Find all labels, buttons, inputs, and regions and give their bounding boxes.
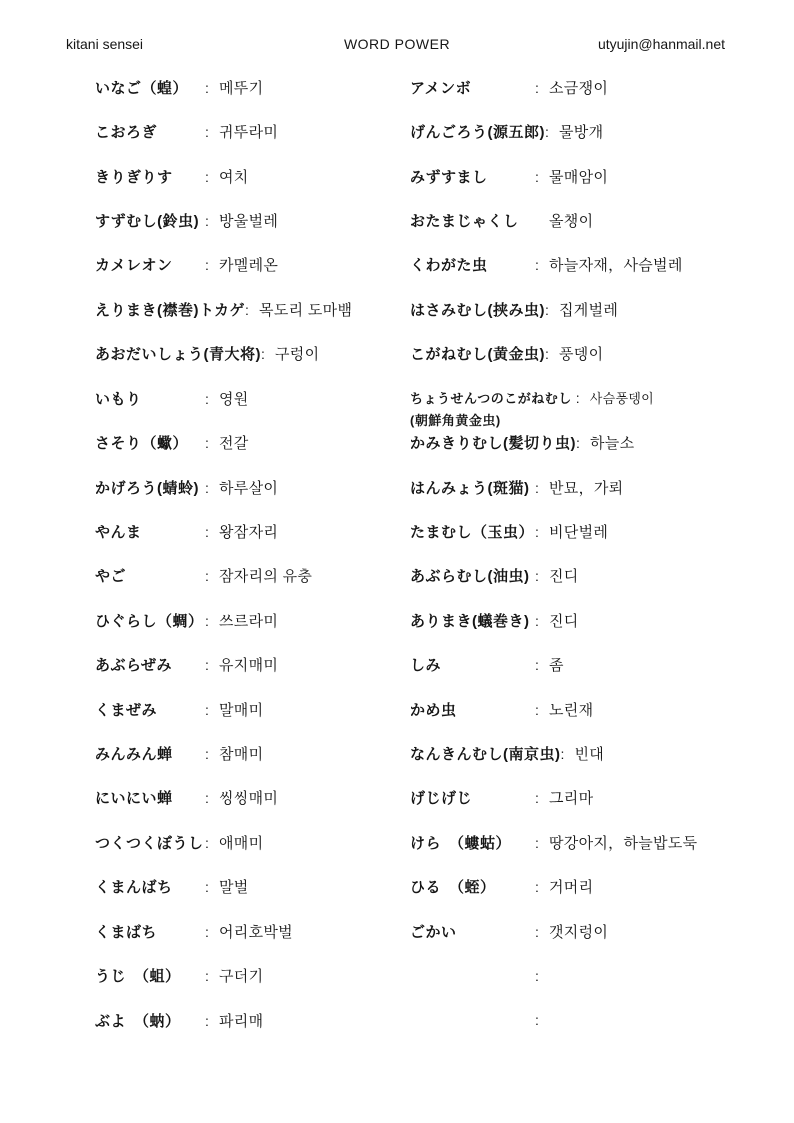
colon-separator: : xyxy=(535,169,549,185)
vocab-row-line: さそり（蠍）:전갈 xyxy=(95,432,405,453)
definition-korean: 집게벌레 xyxy=(559,299,618,320)
term-japanese: くまぜみ xyxy=(95,699,205,720)
vocab-row: ぶよ （蚋）:파리매 xyxy=(95,998,405,1042)
term-japanese: さそり（蠍） xyxy=(95,432,205,453)
colon-separator: : xyxy=(205,657,219,673)
vocab-row-line: おたまじゃくし올챙이 xyxy=(410,210,794,231)
term-japanese: すずむし(鈴虫) xyxy=(95,210,205,231)
vocab-row: さそり（蠍）:전갈 xyxy=(95,420,405,464)
term-japanese: かみきりむし(髪切り虫) xyxy=(410,432,576,453)
vocab-row: げんごろう(源五郎):물방개 xyxy=(410,109,794,153)
vocab-row-line: たまむし（玉虫）:비단벌레 xyxy=(410,521,794,542)
term-japanese: くまばち xyxy=(95,921,205,942)
colon-separator: : xyxy=(535,257,549,273)
colon-separator: : xyxy=(535,702,549,718)
colon-separator: : xyxy=(245,302,259,318)
colon-separator: : xyxy=(535,790,549,806)
colon-separator: : xyxy=(205,746,219,762)
colon-separator: : xyxy=(561,746,575,762)
vocab-column-left: いなご（蝗）:메뚜기こおろぎ:귀뚜라미きりぎりす:여치すずむし(鈴虫):방울벌레… xyxy=(95,65,405,1042)
colon-separator: : xyxy=(535,613,549,629)
term-japanese: ひぐらし（蜩） xyxy=(95,610,205,631)
vocab-row: はんみょう(斑猫):반묘，가뢰 xyxy=(410,465,794,509)
colon-separator: : xyxy=(545,302,559,318)
definition-korean: 땅강아지，하늘밥도둑 xyxy=(549,832,697,853)
term-japanese: あぶらぜみ xyxy=(95,654,205,675)
vocab-row-line: こがねむし(黄金虫):풍뎅이 xyxy=(410,343,794,364)
term-japanese: こがねむし(黄金虫) xyxy=(410,343,545,364)
vocab-row-line: きりぎりす:여치 xyxy=(95,166,405,187)
vocab-row-line: アメンボ:소금쟁이 xyxy=(410,77,794,98)
colon-separator: : xyxy=(576,390,590,406)
term-japanese: くまんばち xyxy=(95,876,205,897)
term-japanese: うじ （蛆） xyxy=(95,965,205,986)
term-japanese: あおだいしょう(青大将) xyxy=(95,343,261,364)
definition-korean: 메뚜기 xyxy=(219,77,263,98)
term-japanese: きりぎりす xyxy=(95,166,205,187)
vocab-row: やんま:왕잠자리 xyxy=(95,509,405,553)
definition-korean: 하늘소 xyxy=(590,432,634,453)
vocab-row-line: あおだいしょう(青大将):구렁이 xyxy=(95,343,405,364)
vocab-row-line: かげろう(蜻蛉):하루살이 xyxy=(95,477,405,498)
vocab-row-line: くまぜみ:말매미 xyxy=(95,699,405,720)
term-japanese: おたまじゃくし xyxy=(410,210,535,231)
vocab-row: あおだいしょう(青大将):구렁이 xyxy=(95,332,405,376)
vocab-row: あぶらむし(油虫):진디 xyxy=(410,554,794,598)
vocab-row-line: はんみょう(斑猫):반묘，가뢰 xyxy=(410,477,794,498)
vocab-row: うじ （蛆）:구더기 xyxy=(95,953,405,997)
term-japanese: みずすまし xyxy=(410,166,535,187)
colon-separator: : xyxy=(205,435,219,451)
vocab-row: げじげじ:그리마 xyxy=(410,776,794,820)
definition-korean: 물방개 xyxy=(559,121,603,142)
vocab-row: くまぜみ:말매미 xyxy=(95,687,405,731)
colon-separator: : xyxy=(205,80,219,96)
definition-korean: 좀 xyxy=(549,654,564,675)
vocab-row-line: かめ虫:노린재 xyxy=(410,699,794,720)
colon-separator: : xyxy=(535,657,549,673)
vocab-column-right: アメンボ:소금쟁이げんごろう(源五郎):물방개みずすまし:물매암이おたまじゃくし… xyxy=(410,65,794,1042)
definition-korean: 구렁이 xyxy=(275,343,319,364)
vocab-row: みずすまし:물매암이 xyxy=(410,154,794,198)
vocab-row-line: しみ:좀 xyxy=(410,654,794,675)
vocab-row: くまばち:어리호박벌 xyxy=(95,909,405,953)
colon-separator: : xyxy=(205,924,219,940)
vocab-row-line: やご:잠자리의 유충 xyxy=(95,565,405,586)
definition-korean: 진디 xyxy=(549,565,579,586)
term-japanese: しみ xyxy=(410,654,535,675)
colon-separator: : xyxy=(205,879,219,895)
definition-korean: 씽씽매미 xyxy=(219,787,278,808)
vocab-row-line: はさみむし(挟み虫):집게벌레 xyxy=(410,299,794,320)
definition-korean: 어리호박벌 xyxy=(219,921,293,942)
vocab-row: かげろう(蜻蛉):하루살이 xyxy=(95,465,405,509)
vocab-row: ごかい:갯지렁이 xyxy=(410,909,794,953)
colon-separator: : xyxy=(535,968,549,984)
vocab-row-line: こおろぎ:귀뚜라미 xyxy=(95,121,405,142)
definition-korean: 말매미 xyxy=(219,699,263,720)
vocab-row-line: : xyxy=(410,1012,794,1028)
vocab-row-line: つくつくぼうし:애매미 xyxy=(95,832,405,853)
vocab-row: あぶらぜみ:유지매미 xyxy=(95,642,405,686)
vocab-row-line: いもり:영원 xyxy=(95,388,405,409)
definition-korean: 카멜레온 xyxy=(219,254,278,275)
vocab-row-line: いなご（蝗）:메뚜기 xyxy=(95,77,405,98)
colon-separator: : xyxy=(205,257,219,273)
colon-separator: : xyxy=(205,169,219,185)
definition-korean: 방울벌레 xyxy=(219,210,278,231)
colon-separator: : xyxy=(205,790,219,806)
vocab-row-line: ちょうせんつのこがねむし:사슴풍뎅이 xyxy=(410,388,794,407)
colon-separator: : xyxy=(205,524,219,540)
term-japanese: ぶよ （蚋） xyxy=(95,1010,205,1031)
header-author: kitani sensei xyxy=(66,36,143,52)
definition-korean: 구더기 xyxy=(219,965,263,986)
vocab-row: しみ:좀 xyxy=(410,642,794,686)
vocab-row: : xyxy=(410,998,794,1042)
vocab-row: すずむし(鈴虫):방울벌레 xyxy=(95,198,405,242)
definition-korean: 쓰르라미 xyxy=(219,610,278,631)
vocab-row-line: くわがた虫:하늘자재，사슴벌레 xyxy=(410,254,794,275)
definition-korean: 거머리 xyxy=(549,876,593,897)
definition-korean: 물매암이 xyxy=(549,166,608,187)
colon-separator: : xyxy=(261,346,275,362)
definition-korean: 왕잠자리 xyxy=(219,521,278,542)
vocab-row: ひぐらし（蜩）:쓰르라미 xyxy=(95,598,405,642)
vocab-row-line: げんごろう(源五郎):물방개 xyxy=(410,121,794,142)
vocab-row-line: うじ （蛆）:구더기 xyxy=(95,965,405,986)
colon-separator: : xyxy=(545,346,559,362)
term-kanji-note: (朝鮮角黄金虫) xyxy=(410,410,794,429)
document-page: kitani sensei WORD POWER utyujin@hanmail… xyxy=(0,0,794,1123)
vocab-row: くわがた虫:하늘자재，사슴벌레 xyxy=(410,243,794,287)
colon-separator: : xyxy=(535,524,549,540)
vocab-row-line: にいにい蝉:씽씽매미 xyxy=(95,787,405,808)
term-japanese: カメレオン xyxy=(95,254,205,275)
colon-separator: : xyxy=(535,924,549,940)
definition-korean: 파리매 xyxy=(219,1010,263,1031)
term-japanese: ごかい xyxy=(410,921,535,942)
vocab-row-line: すずむし(鈴虫):방울벌레 xyxy=(95,210,405,231)
colon-separator: : xyxy=(205,702,219,718)
vocab-row: けら （螻蛄）:땅강아지，하늘밥도둑 xyxy=(410,820,794,864)
term-japanese: ちょうせんつのこがねむし xyxy=(410,388,576,407)
vocab-row-line: ひる （蛭）:거머리 xyxy=(410,876,794,897)
colon-separator: : xyxy=(205,968,219,984)
term-japanese: いなご（蝗） xyxy=(95,77,205,98)
term-japanese: にいにい蝉 xyxy=(95,787,205,808)
vocab-row: アメンボ:소금쟁이 xyxy=(410,65,794,109)
vocab-row-line: なんきんむし(南京虫):빈대 xyxy=(410,743,794,764)
vocab-row: やご:잠자리의 유충 xyxy=(95,554,405,598)
vocab-row: ありまき(蟻巻き):진디 xyxy=(410,598,794,642)
vocab-row-line: えりまき(襟巻)トカゲ:목도리 도마뱀 xyxy=(95,299,405,320)
definition-korean: 비단벌레 xyxy=(549,521,608,542)
vocab-row: えりまき(襟巻)トカゲ:목도리 도마뱀 xyxy=(95,287,405,331)
colon-separator: : xyxy=(535,480,549,496)
vocab-row-line: ありまき(蟻巻き):진디 xyxy=(410,610,794,631)
definition-korean: 목도리 도마뱀 xyxy=(259,299,352,320)
colon-separator: : xyxy=(535,879,549,895)
vocab-row: はさみむし(挟み虫):집게벌레 xyxy=(410,287,794,331)
vocab-row: ちょうせんつのこがねむし:사슴풍뎅이(朝鮮角黄金虫) xyxy=(410,376,794,420)
term-japanese: たまむし（玉虫） xyxy=(410,521,535,542)
colon-separator: : xyxy=(205,391,219,407)
term-japanese: アメンボ xyxy=(410,77,535,98)
colon-separator: : xyxy=(535,80,549,96)
definition-korean: 갯지렁이 xyxy=(549,921,608,942)
term-japanese: けら （螻蛄） xyxy=(410,832,535,853)
definition-korean: 반묘，가뢰 xyxy=(549,477,623,498)
term-japanese: くわがた虫 xyxy=(410,254,535,275)
term-japanese: はんみょう(斑猫) xyxy=(410,477,535,498)
definition-korean: 여치 xyxy=(219,166,249,187)
term-japanese: みんみん蝉 xyxy=(95,743,205,764)
vocab-row-line: げじげじ:그리마 xyxy=(410,787,794,808)
definition-korean: 진디 xyxy=(549,610,579,631)
header-email: utyujin@hanmail.net xyxy=(598,36,725,52)
colon-separator: : xyxy=(535,835,549,851)
term-japanese: やんま xyxy=(95,521,205,542)
term-japanese: かげろう(蜻蛉) xyxy=(95,477,205,498)
vocab-row-line: ひぐらし（蜩）:쓰르라미 xyxy=(95,610,405,631)
vocab-row-line: ごかい:갯지렁이 xyxy=(410,921,794,942)
definition-korean: 풍뎅이 xyxy=(559,343,603,364)
vocab-row: くまんばち:말벌 xyxy=(95,865,405,909)
vocab-row-line: かみきりむし(髪切り虫):하늘소 xyxy=(410,432,794,453)
vocab-row-line: けら （螻蛄）:땅강아지，하늘밥도둑 xyxy=(410,832,794,853)
vocab-row: いもり:영원 xyxy=(95,376,405,420)
vocab-row: たまむし（玉虫）:비단벌레 xyxy=(410,509,794,553)
vocab-row-line: ぶよ （蚋）:파리매 xyxy=(95,1010,405,1031)
term-japanese: ひる （蛭） xyxy=(410,876,535,897)
vocab-row: かめ虫:노린재 xyxy=(410,687,794,731)
vocab-row-line: くまばち:어리호박벌 xyxy=(95,921,405,942)
vocab-row-line: あぶらぜみ:유지매미 xyxy=(95,654,405,675)
vocab-row-line: カメレオン:카멜레온 xyxy=(95,254,405,275)
term-japanese: つくつくぼうし xyxy=(95,832,205,853)
definition-korean: 하늘자재，사슴벌레 xyxy=(549,254,683,275)
vocab-row: みんみん蝉:참매미 xyxy=(95,731,405,775)
vocab-row: : xyxy=(410,953,794,997)
vocab-row: つくつくぼうし:애매미 xyxy=(95,820,405,864)
term-japanese: かめ虫 xyxy=(410,699,535,720)
colon-separator: : xyxy=(205,835,219,851)
definition-korean: 영원 xyxy=(219,388,249,409)
vocab-row-line: : xyxy=(410,968,794,984)
definition-korean: 잠자리의 유충 xyxy=(219,565,312,586)
definition-korean: 말벌 xyxy=(219,876,249,897)
vocab-row: いなご（蝗）:메뚜기 xyxy=(95,65,405,109)
vocab-row: こがねむし(黄金虫):풍뎅이 xyxy=(410,332,794,376)
definition-korean: 귀뚜라미 xyxy=(219,121,278,142)
colon-separator: : xyxy=(205,568,219,584)
definition-korean: 올챙이 xyxy=(549,210,593,231)
term-japanese: こおろぎ xyxy=(95,121,205,142)
vocab-row: にいにい蝉:씽씽매미 xyxy=(95,776,405,820)
colon-separator: : xyxy=(205,480,219,496)
vocab-row: おたまじゃくし올챙이 xyxy=(410,198,794,242)
term-japanese: やご xyxy=(95,565,205,586)
vocab-row: カメレオン:카멜레온 xyxy=(95,243,405,287)
definition-korean: 빈대 xyxy=(575,743,605,764)
definition-korean: 참매미 xyxy=(219,743,263,764)
term-japanese: えりまき(襟巻)トカゲ xyxy=(95,299,245,320)
vocab-row: こおろぎ:귀뚜라미 xyxy=(95,109,405,153)
colon-separator: : xyxy=(205,124,219,140)
vocab-row-line: みんみん蝉:참매미 xyxy=(95,743,405,764)
vocab-row-line: くまんばち:말벌 xyxy=(95,876,405,897)
colon-separator: : xyxy=(205,1013,219,1029)
colon-separator: : xyxy=(535,1012,549,1028)
colon-separator: : xyxy=(205,613,219,629)
definition-korean: 그리마 xyxy=(549,787,593,808)
term-japanese: げんごろう(源五郎) xyxy=(410,121,545,142)
vocab-row: なんきんむし(南京虫):빈대 xyxy=(410,731,794,775)
definition-korean: 하루살이 xyxy=(219,477,278,498)
definition-korean: 소금쟁이 xyxy=(549,77,608,98)
term-japanese: いもり xyxy=(95,388,205,409)
definition-korean: 애매미 xyxy=(219,832,263,853)
vocab-row: ひる （蛭）:거머리 xyxy=(410,865,794,909)
term-japanese: はさみむし(挟み虫) xyxy=(410,299,545,320)
page-title: WORD POWER xyxy=(344,36,450,52)
definition-korean: 노린재 xyxy=(549,699,593,720)
term-japanese: げじげじ xyxy=(410,787,535,808)
definition-korean: 사슴풍뎅이 xyxy=(590,388,654,407)
vocab-row-line: やんま:왕잠자리 xyxy=(95,521,405,542)
definition-korean: 유지매미 xyxy=(219,654,278,675)
vocab-row: きりぎりす:여치 xyxy=(95,154,405,198)
vocab-row-line: みずすまし:물매암이 xyxy=(410,166,794,187)
vocab-row-line: あぶらむし(油虫):진디 xyxy=(410,565,794,586)
colon-separator: : xyxy=(205,213,219,229)
colon-separator: : xyxy=(535,568,549,584)
term-japanese: なんきんむし(南京虫) xyxy=(410,743,561,764)
term-japanese: ありまき(蟻巻き) xyxy=(410,610,535,631)
colon-separator: : xyxy=(545,124,559,140)
colon-separator: : xyxy=(576,435,590,451)
definition-korean: 전갈 xyxy=(219,432,249,453)
term-japanese: あぶらむし(油虫) xyxy=(410,565,535,586)
